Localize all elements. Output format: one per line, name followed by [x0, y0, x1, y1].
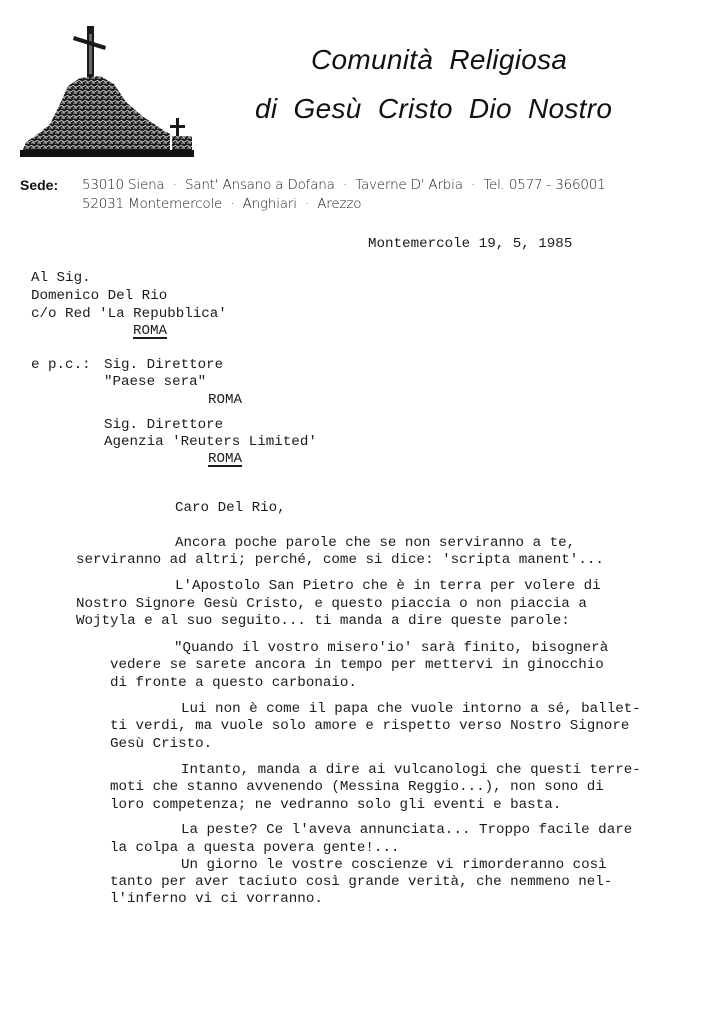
body-line: moti che stanno avvenendo (Messina Reggi… — [110, 779, 604, 797]
cc-label: e p.c.: — [31, 357, 91, 375]
body-line: di fronte a questo carbonaio. — [110, 675, 357, 693]
body-line: Un giorno le vostre coscienze vi rimorde… — [181, 857, 607, 875]
body-line: l'inferno vi ci vorranno. — [110, 891, 323, 909]
cc1-org: "Paese sera" — [104, 374, 206, 392]
body-line: Wojtyla e al suo seguito... ti manda a d… — [76, 613, 570, 631]
letterhead-title-line2: di Gesù Cristo Dio Nostro — [255, 93, 612, 125]
cc2-org: Agenzia 'Reuters Limited' — [104, 434, 317, 452]
body-line: serviranno ad altri; perché, come si dic… — [76, 552, 604, 570]
salutation: Caro Del Rio, — [175, 500, 286, 518]
sede-label: Sede: — [20, 177, 58, 193]
date-line: Montemercole 19, 5, 1985 — [368, 236, 572, 254]
cc1-title: Sig. Direttore — [104, 357, 223, 375]
cc2-title: Sig. Direttore — [104, 417, 223, 435]
body-line: vedere se sarete ancora in tempo per met… — [110, 657, 604, 675]
recipient-city: ROMA — [133, 323, 167, 341]
letterhead-title-line1: Comunità Religiosa — [311, 44, 567, 76]
cc2-city: ROMA — [208, 451, 242, 469]
body-line: Ancora poche parole che se non servirann… — [175, 535, 575, 553]
recipient-name: Domenico Del Rio — [31, 288, 167, 306]
body-line: Nostro Signore Gesù Cristo, e questo pia… — [76, 596, 587, 614]
body-line: La peste? Ce l'aveva annunciata... Tropp… — [181, 822, 632, 840]
hill-cross-logo-icon — [18, 24, 198, 159]
recipient-org: c/o Red 'La Repubblica' — [31, 306, 227, 324]
body-line: L'Apostolo San Pietro che è in terra per… — [175, 578, 601, 596]
body-line: Intanto, manda a dire ai vulcanologi che… — [181, 762, 641, 780]
recipient-title: Al Sig. — [31, 270, 91, 288]
body-line: ti verdi, ma vuole solo amore e rispetto… — [110, 718, 629, 736]
address-line-2: 52031 Montemercole · Anghiari · Arezzo — [82, 196, 361, 212]
address-line-1: 53010 Siena · Sant' Ansano a Dofana · Ta… — [82, 177, 606, 193]
body-line: la colpa a questa povera gente!... — [110, 840, 399, 858]
body-line: Gesù Cristo. — [110, 736, 212, 754]
cc1-city: ROMA — [208, 392, 242, 410]
body-line: tanto per aver taciuto così grande verit… — [110, 874, 612, 892]
body-line: "Quando il vostro misero'io' sarà finito… — [174, 640, 608, 658]
body-line: loro competenza; ne vedranno solo gli ev… — [110, 797, 561, 815]
body-line: Lui non è come il papa che vuole intorno… — [181, 701, 641, 719]
